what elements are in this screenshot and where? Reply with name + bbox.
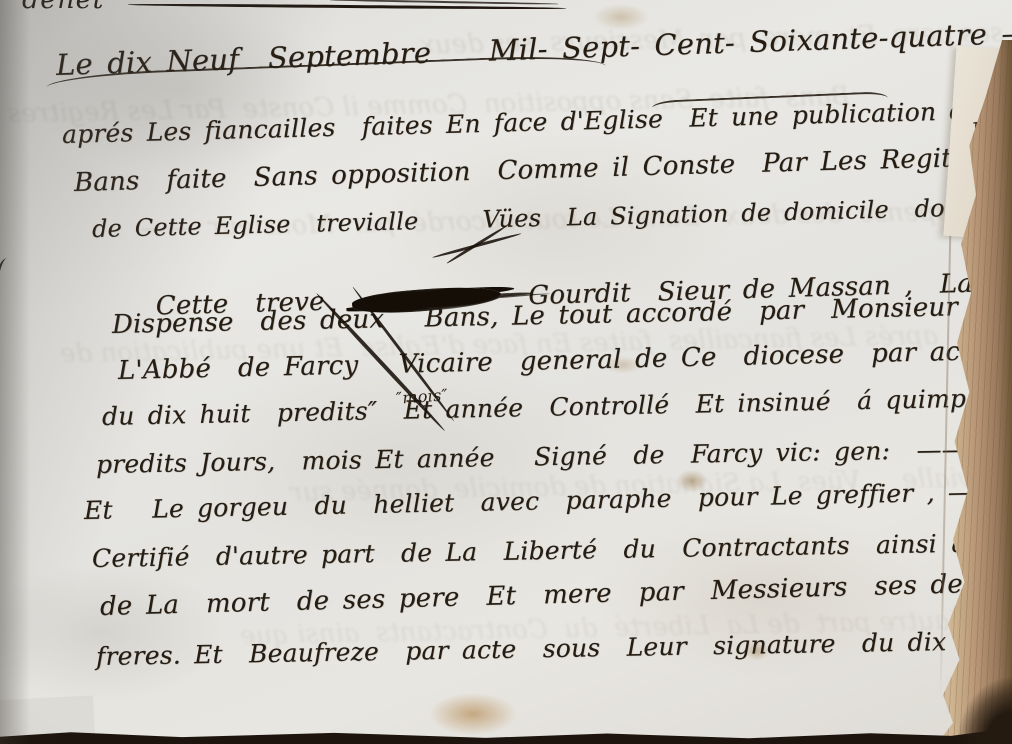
paper-stain [418, 690, 528, 738]
top-cut-text-fragment: denet [22, 0, 104, 15]
book-corner-shadow [940, 660, 1012, 744]
manuscript-photo: Bans faite Sans opposition Comme il Cons… [0, 0, 1012, 744]
